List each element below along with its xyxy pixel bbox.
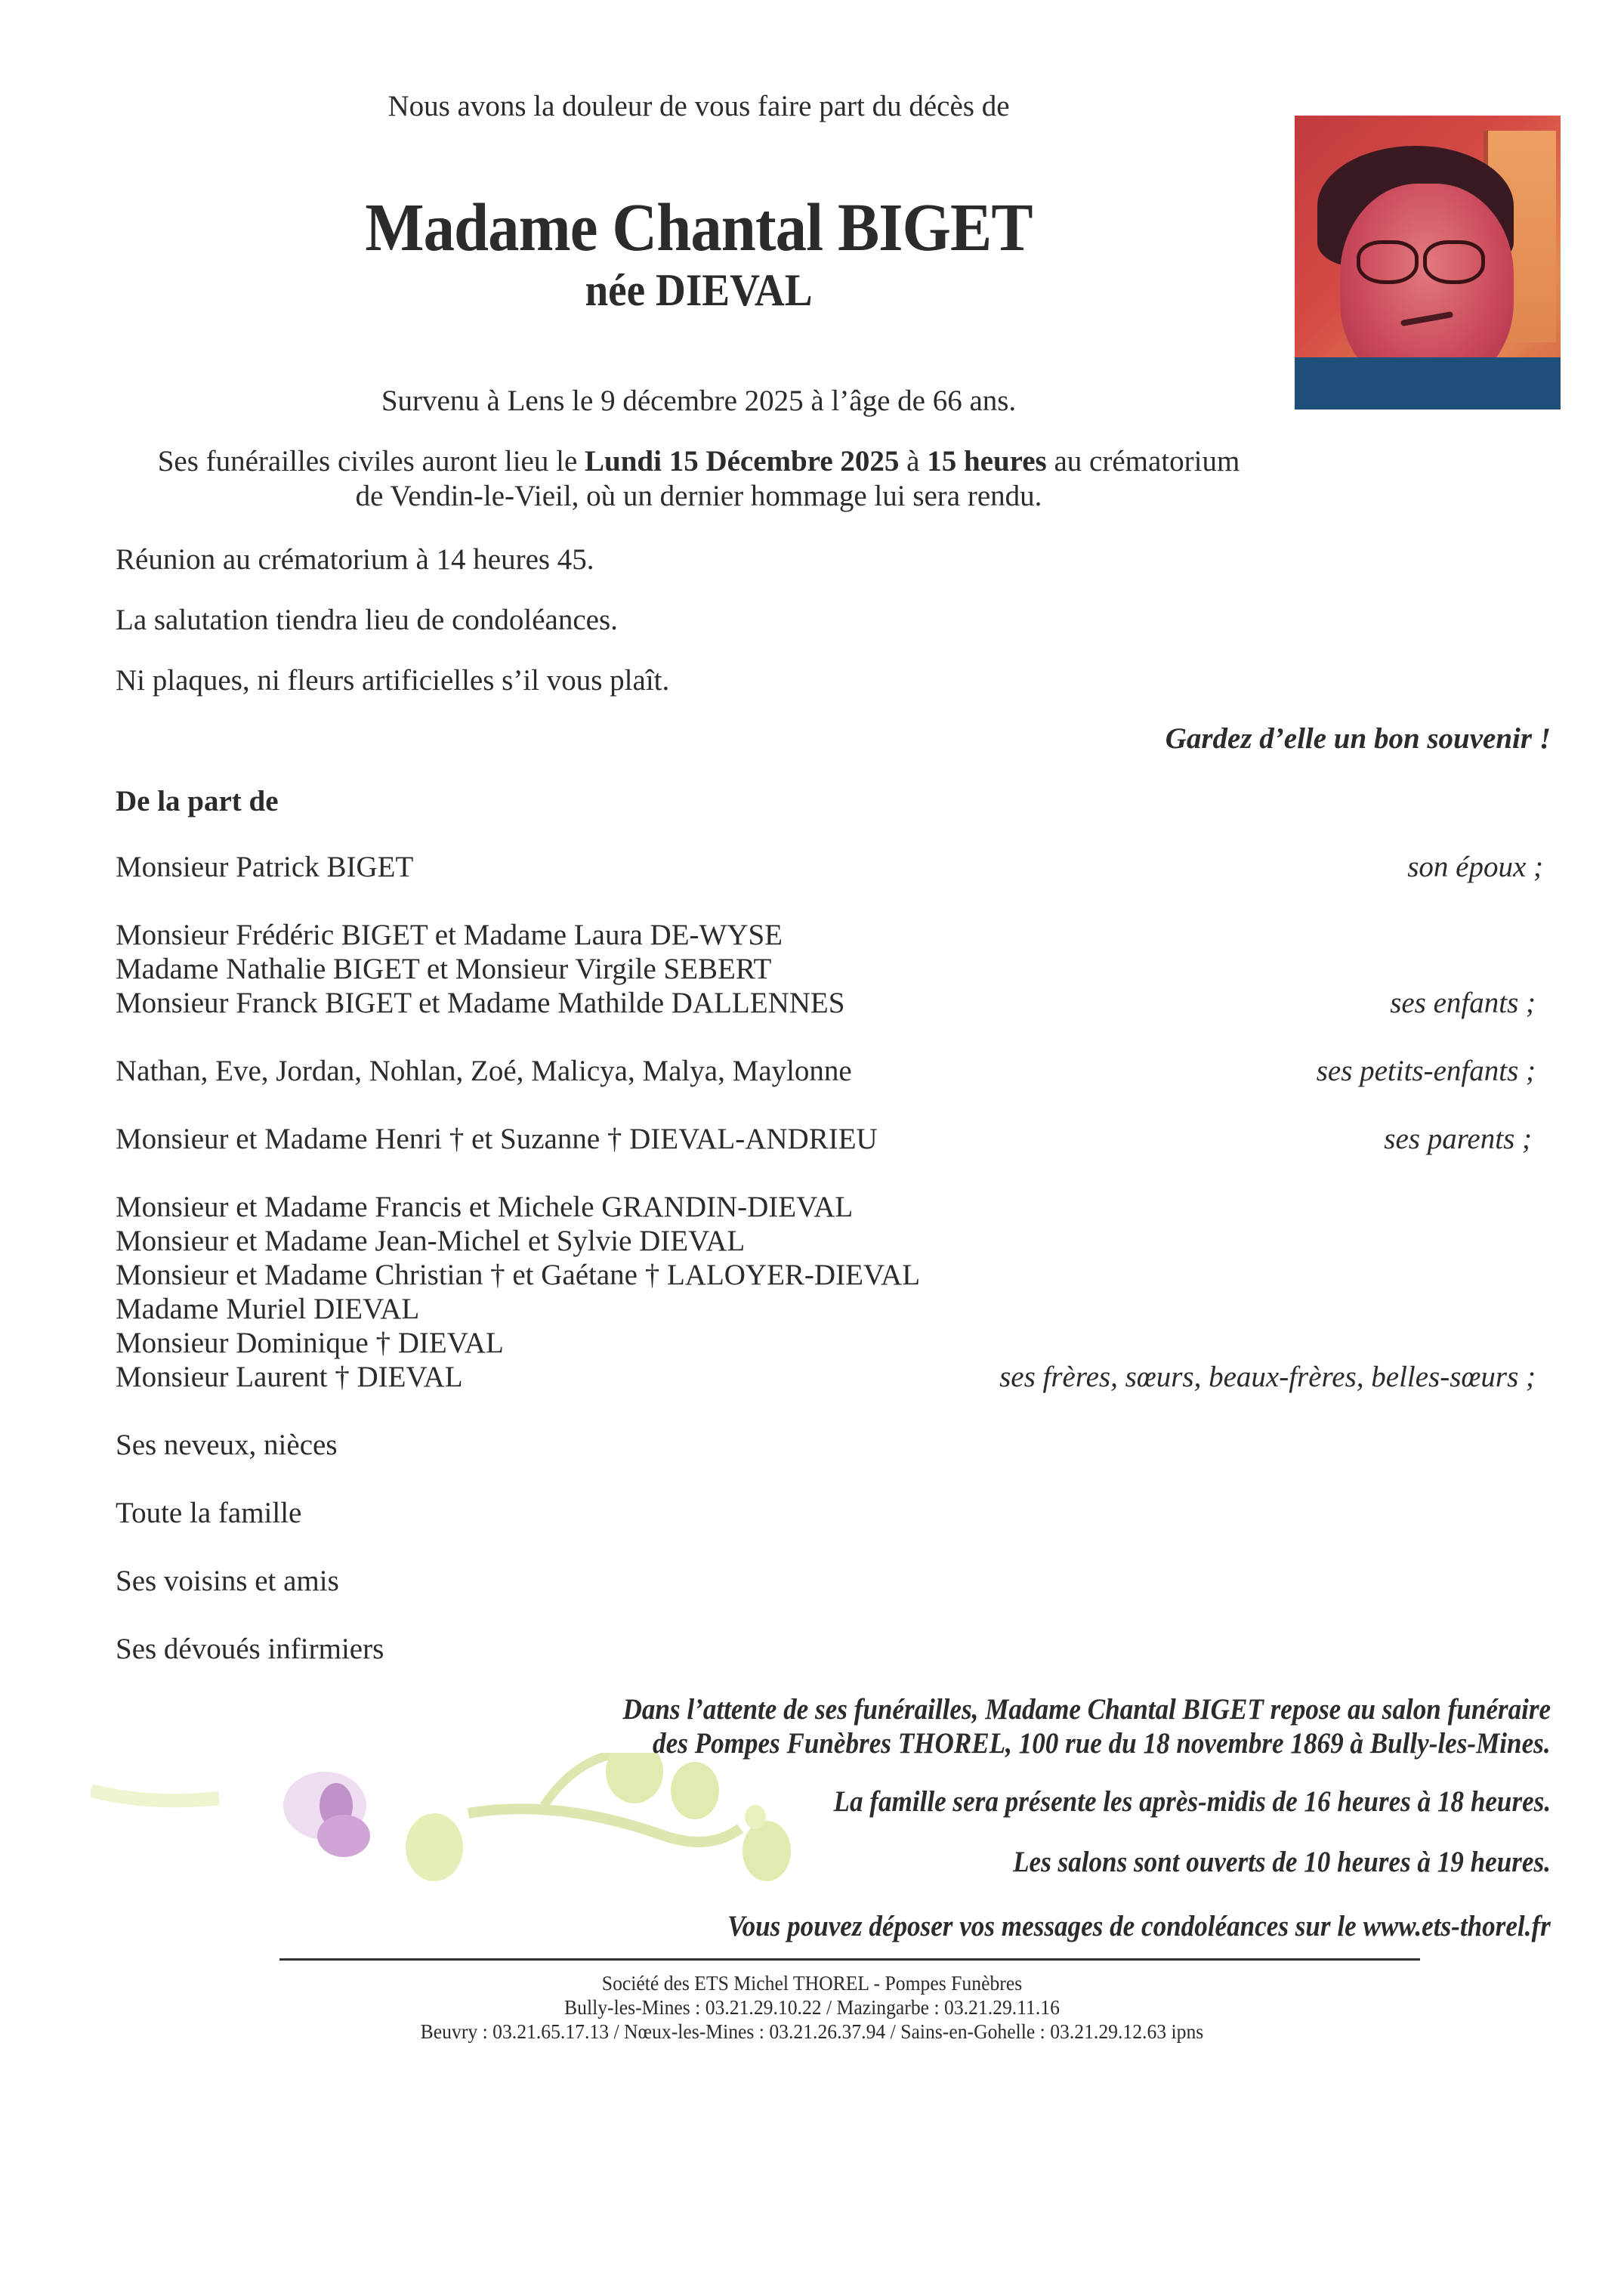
funeral-line-2: de Vendin-le-Vieil, où un dernier hommag… <box>0 479 1397 513</box>
child-name: Madame Nathalie BIGET et Monsieur Virgil… <box>116 952 771 986</box>
others-nurses: Ses dévoués infirmiers <box>116 1632 384 1666</box>
relation-parents: ses parents ; <box>1384 1122 1532 1156</box>
grandchildren-names: Nathan, Eve, Jordan, Nohlan, Zoé, Malicy… <box>116 1054 852 1088</box>
footer-company: Société des ETS Michel THOREL - Pompes F… <box>41 1972 1584 1995</box>
relation-children: ses enfants ; <box>1390 986 1536 1020</box>
relation-spouse: son époux ; <box>1407 850 1543 884</box>
from-label: De la part de <box>116 784 279 818</box>
glasses-icon <box>1423 240 1485 284</box>
orchid-decoration-icon <box>91 1753 846 1919</box>
funeral-text: Ses funérailles civiles auront lieu le <box>158 445 585 477</box>
portrait-photo <box>1295 116 1561 409</box>
others-friends: Ses voisins et amis <box>116 1564 339 1598</box>
deceased-name: Madame Chantal BIGET <box>56 189 1341 267</box>
child-name: Monsieur Frédéric BIGET et Madame Laura … <box>116 918 783 952</box>
intro-text: Nous avons la douleur de vous faire part… <box>0 89 1397 123</box>
others-family: Toute la famille <box>116 1496 301 1530</box>
note-salutation: La salutation tiendra lieu de condoléanc… <box>116 603 618 637</box>
sibling-name: Monsieur et Madame Francis et Michele GR… <box>116 1190 853 1224</box>
note-gathering: Réunion au crématorium à 14 heures 45. <box>116 542 594 576</box>
death-statement: Survenu à Lens le 9 décembre 2025 à l’âg… <box>0 384 1397 418</box>
visitation-line-2: des Pompes Funèbres THOREL, 100 rue du 1… <box>653 1726 1551 1760</box>
child-name: Monsieur Franck BIGET et Madame Mathilde… <box>116 986 844 1020</box>
funeral-line-1: Ses funérailles civiles auront lieu le L… <box>0 444 1397 478</box>
relation-siblings: ses frères, sœurs, beaux-frères, belles-… <box>999 1360 1536 1394</box>
sibling-name: Monsieur et Madame Jean-Michel et Sylvie… <box>116 1224 745 1258</box>
condolences-link[interactable]: Vous pouvez déposer vos messages de cond… <box>727 1910 1551 1942</box>
parents-names: Monsieur et Madame Henri † et Suzanne † … <box>116 1122 878 1156</box>
keepsake-text: Gardez d’elle un bon souvenir ! <box>1166 722 1551 756</box>
sibling-name: Monsieur et Madame Christian † et Gaétan… <box>116 1258 920 1292</box>
funeral-text: au crématorium <box>1047 445 1240 477</box>
funeral-date: Lundi 15 Décembre 2025 <box>585 445 899 477</box>
funeral-time: 15 heures <box>927 445 1047 477</box>
footer-phones-1: Bully-les-Mines : 03.21.29.10.22 / Mazin… <box>41 1996 1584 2020</box>
note-flowers: Ni plaques, ni fleurs artificielles s’il… <box>116 663 669 697</box>
condolences-text: Vous pouvez déposer vos messages de cond… <box>727 1909 1551 1943</box>
funeral-text: à <box>899 445 927 477</box>
salon-hours: Les salons sont ouverts de 10 heures à 1… <box>1013 1845 1551 1879</box>
maiden-name: née DIEVAL <box>56 264 1341 317</box>
relation-grandchildren: ses petits-enfants ; <box>1317 1054 1536 1088</box>
spouse-name: Monsieur Patrick BIGET <box>116 850 413 884</box>
sibling-name: Madame Muriel DIEVAL <box>116 1292 419 1326</box>
footer-phones-2: Beuvry : 03.21.65.17.13 / Nœux-les-Mines… <box>41 2020 1584 2044</box>
sibling-name: Monsieur Dominique † DIEVAL <box>116 1326 504 1360</box>
family-hours: La famille sera présente les après-midis… <box>833 1785 1551 1819</box>
visitation-line-1: Dans l’attente de ses funérailles, Madam… <box>622 1692 1551 1726</box>
glasses-icon <box>1357 240 1419 284</box>
sibling-name: Monsieur Laurent † DIEVAL <box>116 1360 463 1394</box>
others-nephews: Ses neveux, nièces <box>116 1428 338 1462</box>
footer-divider <box>279 1958 1420 1961</box>
